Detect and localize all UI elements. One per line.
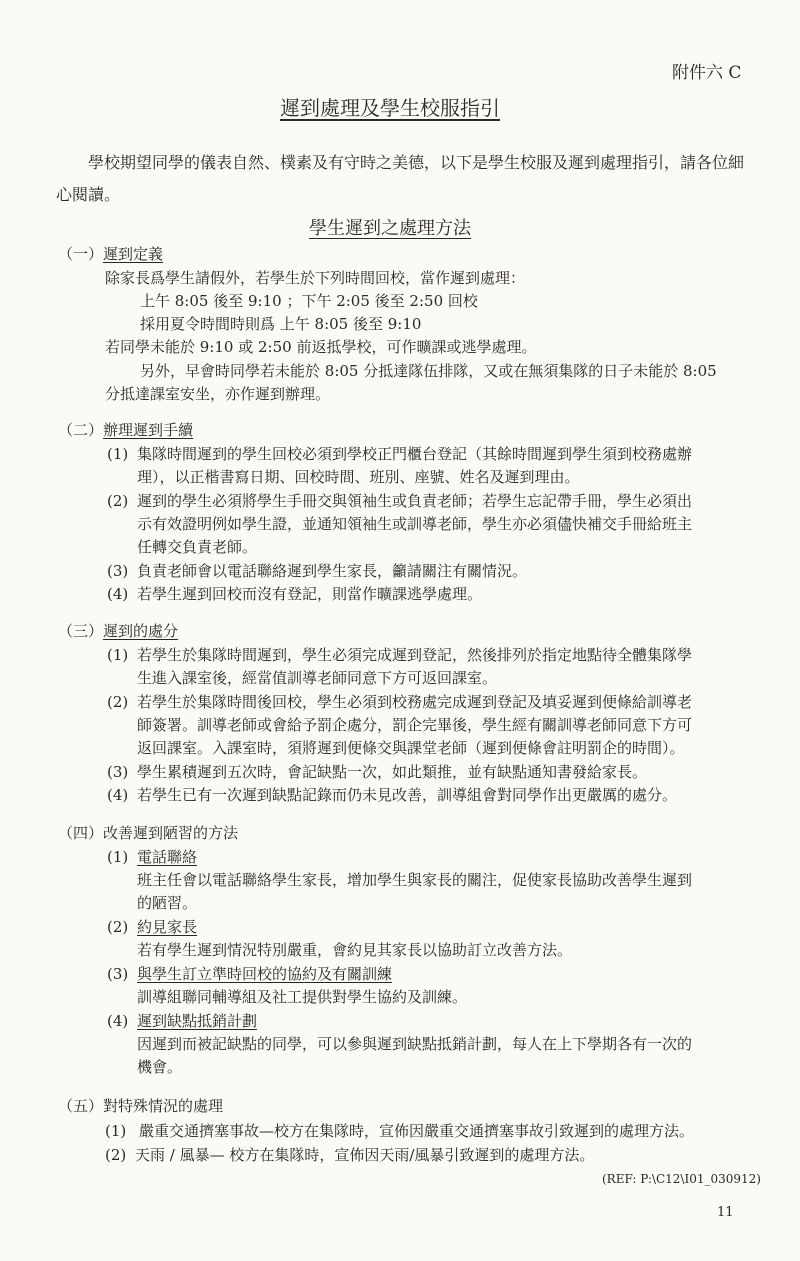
list-item: (3)與學生訂立準時回校的協約及有關訓練 bbox=[107, 963, 392, 984]
section-title: 辦理遲到手續 bbox=[103, 421, 193, 439]
list-item: (4)若學生已有一次遲到缺點記錄而仍未見改善，訓導組會對同學作出更嚴厲的處分。 bbox=[107, 784, 677, 805]
list-item: (2)約見家長 bbox=[107, 916, 197, 937]
paragraph-line: 另外，早會時同學若未能於 8:05 分抵達隊伍排隊，又或在無須集隊的日子未能於 … bbox=[140, 360, 717, 381]
section-title: 遲到定義 bbox=[103, 245, 163, 263]
section-marker: （二） bbox=[58, 421, 103, 439]
section-2-heading: （二）辦理遲到手續 bbox=[58, 419, 193, 440]
list-item: (2)若學生於集隊時間後回校，學生必須到校務處完成遲到登記及填妥遲到便條給訓導老 bbox=[107, 691, 692, 712]
paragraph-line: 分抵達課室安坐，亦作遲到辦理。 bbox=[105, 383, 330, 404]
reference-code: (REF: P:\C12\I01_030912) bbox=[602, 1172, 761, 1186]
section-marker: （四） bbox=[58, 824, 103, 842]
section-5-heading: （五）對特殊情況的處理 bbox=[58, 1095, 223, 1116]
list-item-cont: 返回課室。入課室時，須將遲到便條交與課堂老師（遲到便條會註明罰企的時間）。 bbox=[137, 737, 685, 758]
list-item: (1)集隊時間遲到的學生回校必須到學校正門櫃台登記（其餘時間遲到學生須到校務處辦 bbox=[107, 443, 692, 464]
list-item: (4)遲到缺點抵銷計劃 bbox=[107, 1010, 257, 1031]
list-item-cont: 生進入課室後，經當值訓導老師同意下方可返回課室。 bbox=[137, 667, 497, 688]
annex-label: 附件六 C bbox=[672, 58, 741, 83]
section-marker: （三） bbox=[58, 622, 103, 640]
section-title: 改善遲到陋習的方法 bbox=[103, 824, 238, 842]
list-item: (3)學生累積遲到五次時，會記缺點一次，如此類推，並有缺點通知書發給家長。 bbox=[107, 761, 647, 782]
section-title: 遲到的處分 bbox=[103, 622, 178, 640]
list-item: (4)若學生遲到回校而沒有登記，則當作曠課逃學處理。 bbox=[107, 583, 482, 604]
paragraph-line: 若同學未能於 9:10 或 2:50 前返抵學校，可作曠課或逃學處理。 bbox=[105, 336, 536, 357]
intro-line-1: 學校期望同學的儀表自然、樸素及有守時之美德，以下是學生校服及遲到處理指引，請各位… bbox=[88, 150, 744, 173]
page-number: 11 bbox=[717, 1205, 734, 1220]
section-4-heading: （四）改善遲到陋習的方法 bbox=[58, 822, 238, 843]
section-title: 對特殊情況的處理 bbox=[103, 1097, 223, 1115]
section-3-heading: （三）遲到的處分 bbox=[58, 620, 178, 641]
paragraph-line: 上午 8:05 後至 9:10 ；下午 2:05 後至 2:50 回校 bbox=[140, 290, 478, 311]
list-item: (1)若學生於集隊時間遲到，學生必須完成遲到登記，然後排列於指定地點待全體集隊學 bbox=[107, 644, 692, 665]
paragraph-line: 採用夏令時間時則爲 上午 8:05 後至 9:10 bbox=[140, 313, 421, 334]
list-item: (1)嚴重交通擠塞事故—校方在集隊時，宣佈因嚴重交通擠塞事故引致遲到的處理方法。 bbox=[105, 1120, 694, 1141]
list-item-cont: 訓導組聯同輔導組及社工提供對學生協約及訓練。 bbox=[137, 986, 467, 1007]
section-marker: （五） bbox=[58, 1097, 103, 1115]
list-item-cont: 若有學生遲到情況特別嚴重，會約見其家長以協助訂立改善方法。 bbox=[137, 939, 572, 960]
list-item-cont: 因遲到而被記缺點的同學，可以參與遲到缺點抵銷計劃，每人在上下學期各有一次的 bbox=[137, 1033, 692, 1054]
section-subtitle: 學生遲到之處理方法 bbox=[0, 214, 780, 240]
list-item-cont: 的陋習。 bbox=[137, 892, 197, 913]
list-item-cont: 任轉交負責老師。 bbox=[137, 536, 257, 557]
section-marker: （一） bbox=[58, 245, 103, 263]
document-title: 遲到處理及學生校服指引 bbox=[0, 92, 780, 121]
list-item: (2)遲到的學生必須將學生手冊交與領袖生或負責老師；若學生忘記帶手冊，學生必須出 bbox=[107, 490, 692, 511]
list-item: (3)負責老師會以電話聯絡遲到學生家長，籲請關注有關情況。 bbox=[107, 560, 527, 581]
list-item-cont: 理），以正楷書寫日期、回校時間、班別、座號、姓名及遲到理由。 bbox=[137, 466, 580, 487]
section-1-heading: （一）遲到定義 bbox=[58, 243, 163, 264]
list-item: (1)電話聯絡 bbox=[107, 846, 197, 867]
list-item-cont: 示有效證明例如學生證，並通知領袖生或訓導老師，學生亦必須儘快補交手冊給班主 bbox=[137, 513, 692, 534]
list-item-cont: 機會。 bbox=[137, 1056, 182, 1077]
list-item-cont: 班主任會以電話聯絡學生家長，增加學生與家長的關注，促使家長協助改善學生遲到 bbox=[137, 869, 692, 890]
paragraph-line: 除家長爲學生請假外，若學生於下列時間回校，當作遲到處理： bbox=[105, 267, 525, 288]
list-item-cont: 師簽署。訓導老師或會給予罰企處分，罰企完畢後，學生經有關訓導老師同意下方可 bbox=[137, 714, 692, 735]
intro-line-2: 心閱讀。 bbox=[56, 182, 120, 205]
list-item: (2)天雨 / 風暴— 校方在集隊時，宣佈因天雨/風暴引致遲到的處理方法。 bbox=[105, 1144, 594, 1165]
